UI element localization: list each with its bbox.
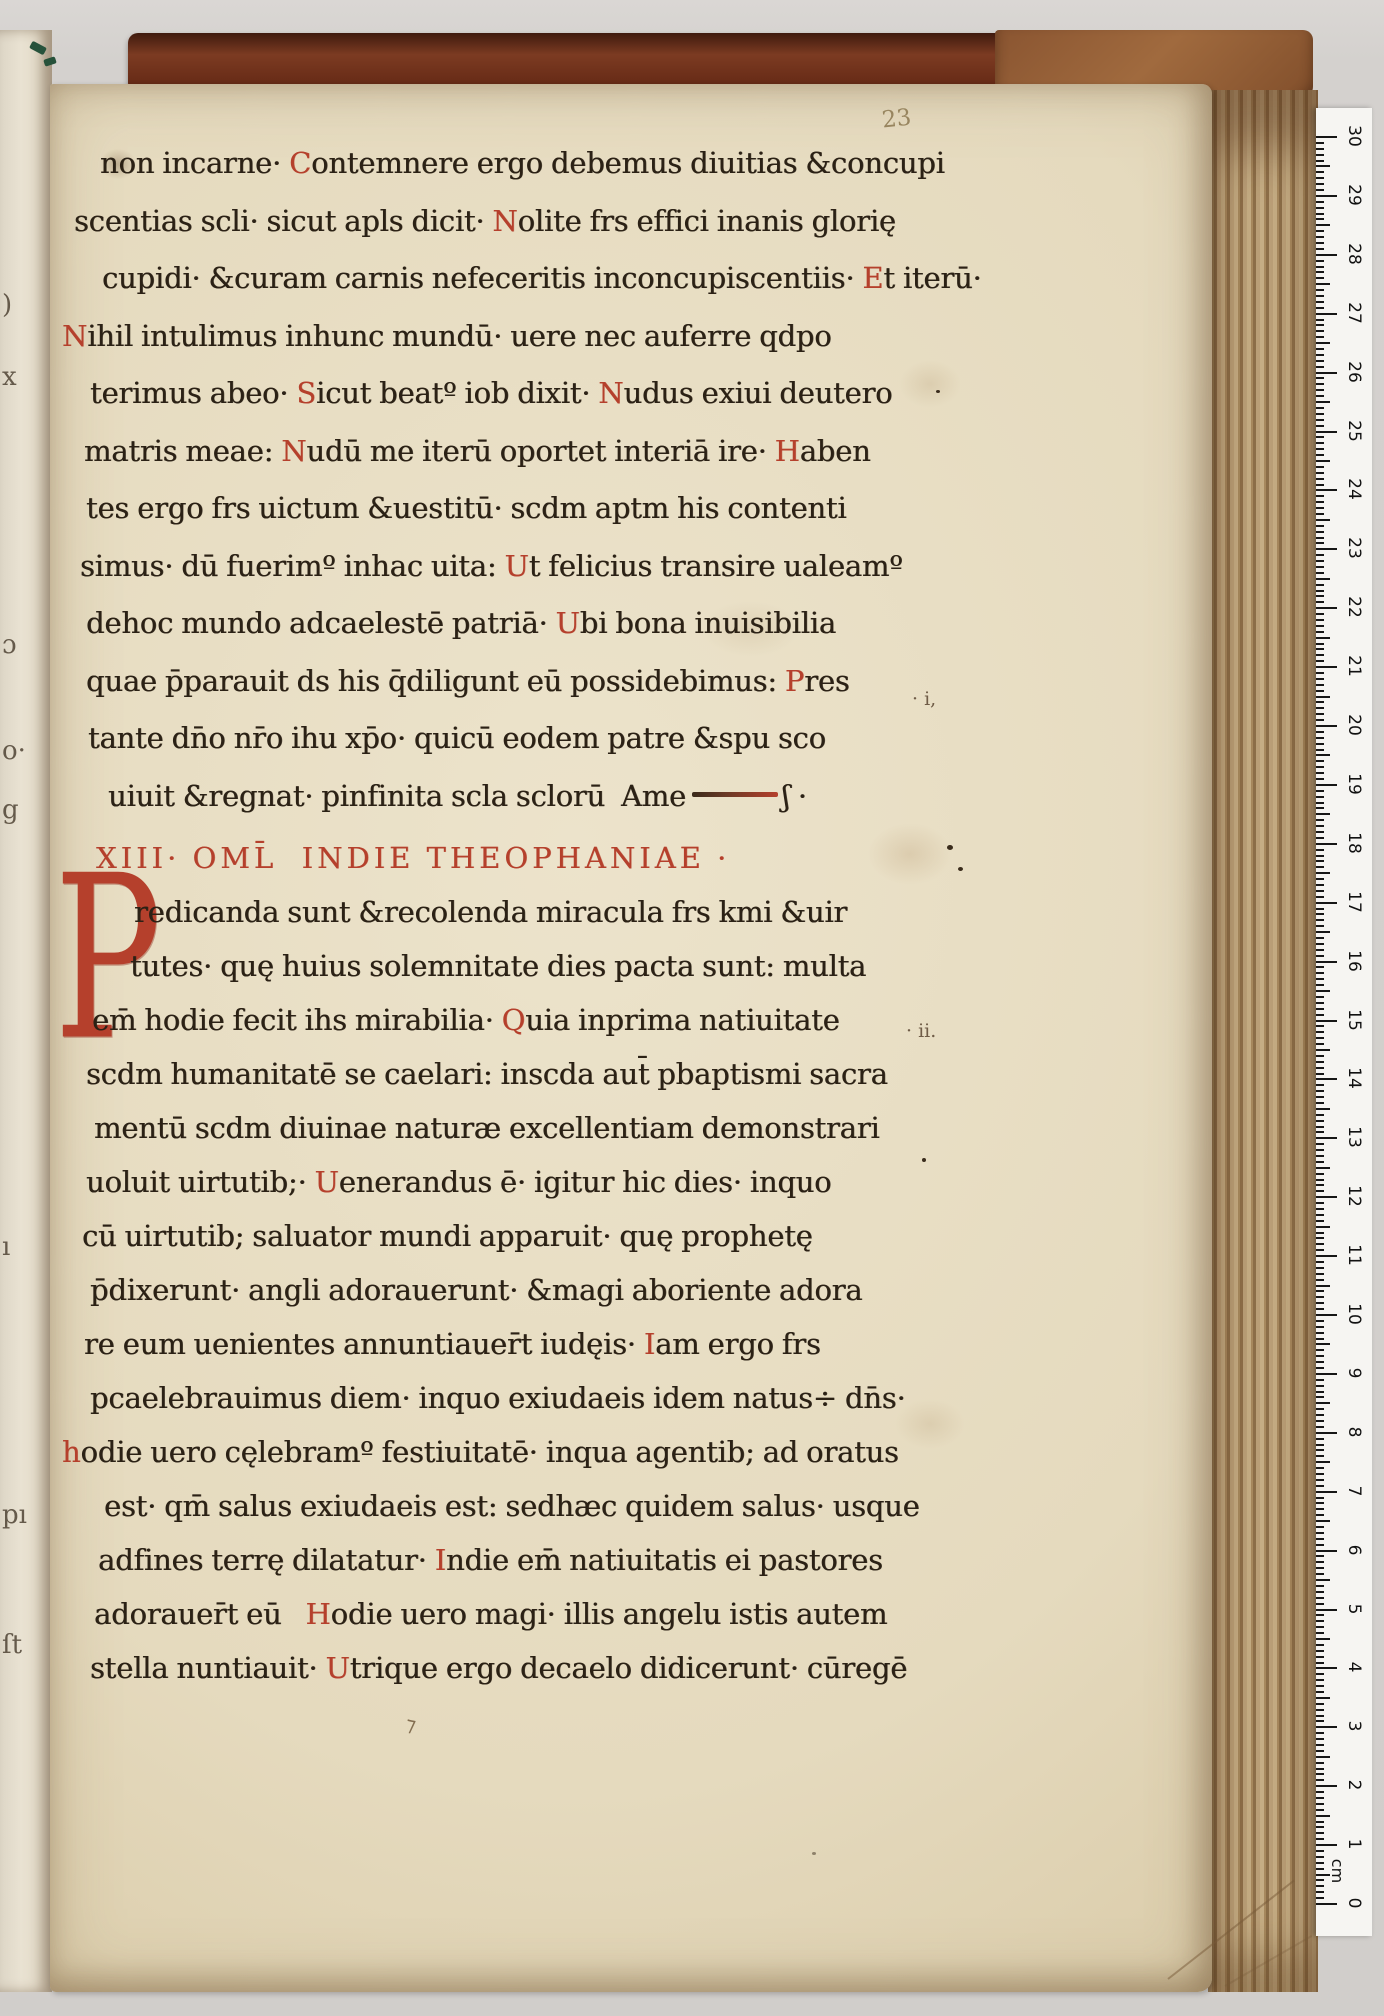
ruler-tick <box>1316 1355 1324 1357</box>
ruler-tick <box>1316 1856 1324 1858</box>
ruler-tick <box>1316 1308 1324 1310</box>
ink-speck <box>922 1158 926 1162</box>
ruler-tick <box>1316 595 1324 597</box>
ruler-tick <box>1316 542 1324 544</box>
ruler-tick <box>1316 831 1324 833</box>
ruler-tick <box>1316 1143 1324 1145</box>
ruler-tick <box>1316 972 1324 974</box>
ruler-tick <box>1316 678 1324 680</box>
ruler-tick <box>1316 1208 1324 1210</box>
ruler-tick <box>1316 254 1337 256</box>
ruler-tick <box>1316 324 1324 326</box>
ruler-tick <box>1316 419 1324 421</box>
ruler-tick <box>1316 1020 1337 1022</box>
ruler-tick <box>1316 1031 1324 1033</box>
ruler-tick <box>1316 230 1324 232</box>
ruler-number: 30 <box>1344 124 1364 148</box>
ruler-number: 19 <box>1344 772 1364 796</box>
ruler-tick <box>1316 1561 1324 1563</box>
ruler-tick <box>1316 560 1324 562</box>
ruler-tick <box>1316 884 1324 886</box>
ruler-tick <box>1316 902 1337 904</box>
ruler-tick <box>1316 519 1330 521</box>
ruler-tick <box>1316 766 1324 768</box>
ruler-tick <box>1316 330 1324 332</box>
ruler-tick <box>1316 207 1324 209</box>
cut-off-letter: g <box>2 795 36 825</box>
ruler-tick <box>1316 1179 1324 1181</box>
ink-speck <box>958 867 963 871</box>
ruler-tick <box>1316 1697 1330 1699</box>
ruler-tick <box>1316 1532 1324 1534</box>
ruler-tick <box>1316 283 1330 285</box>
ruler-tick <box>1316 1879 1324 1881</box>
ruler-tick <box>1316 242 1324 244</box>
ruler-number: 12 <box>1344 1184 1364 1208</box>
ruler-tick <box>1316 1290 1324 1292</box>
cut-off-letter: x <box>2 362 36 392</box>
ruler-tick <box>1316 754 1330 756</box>
ruler-tick <box>1316 442 1324 444</box>
ruler-tick <box>1316 690 1324 692</box>
ruler-number: 3 <box>1344 1714 1364 1738</box>
ruler-tick <box>1316 1349 1324 1351</box>
margin-mark: · i, <box>912 688 936 710</box>
ruler-tick <box>1316 1591 1324 1593</box>
ruler-tick <box>1316 1832 1324 1834</box>
ruler-tick <box>1316 1002 1324 1004</box>
ruler-tick <box>1316 749 1324 751</box>
ruler-tick <box>1316 607 1337 609</box>
ruler-tick <box>1316 613 1324 615</box>
ruler-tick <box>1316 1285 1330 1287</box>
ruler-tick <box>1316 978 1324 980</box>
ruler-tick <box>1316 1726 1337 1728</box>
ruler-tick <box>1316 654 1324 656</box>
ruler-tick <box>1316 855 1324 857</box>
ruler-tick <box>1316 778 1324 780</box>
ruler-tick <box>1316 377 1324 379</box>
ruler-tick <box>1316 1131 1324 1133</box>
ruler-number: 4 <box>1344 1655 1364 1679</box>
ruler-tick <box>1316 1868 1324 1870</box>
ruler-tick <box>1316 1190 1324 1192</box>
ruler-tick <box>1316 1202 1324 1204</box>
ruler-tick <box>1316 548 1337 550</box>
ruler-tick <box>1316 643 1324 645</box>
ruler-tick <box>1316 507 1324 509</box>
ruler-tick <box>1316 1679 1324 1681</box>
ruler-number: 23 <box>1344 536 1364 560</box>
ruler-tick <box>1316 1756 1330 1758</box>
ruler-tick <box>1316 1685 1324 1687</box>
ruler-tick <box>1316 165 1330 167</box>
ruler-number: 22 <box>1344 595 1364 619</box>
ruler-tick <box>1316 1385 1324 1387</box>
ruler-number: 27 <box>1344 301 1364 325</box>
ruler-tick <box>1316 1196 1337 1198</box>
ruler-tick <box>1316 484 1324 486</box>
ruler-tick <box>1316 1597 1324 1599</box>
ruler-tick <box>1316 1408 1324 1410</box>
ruler-tick <box>1316 183 1324 185</box>
ruler-tick <box>1316 937 1324 939</box>
ruler-tick <box>1316 719 1324 721</box>
ruler-tick <box>1316 1361 1324 1363</box>
ruler-tick <box>1316 1573 1324 1575</box>
ruler-tick <box>1316 1797 1324 1799</box>
ruler-tick <box>1316 849 1324 851</box>
ruler-tick <box>1316 537 1324 539</box>
ruler-tick <box>1316 407 1324 409</box>
ink-speck <box>812 1852 816 1855</box>
ruler-tick <box>1316 1785 1337 1787</box>
ruler-tick <box>1316 1744 1324 1746</box>
cut-off-letter: ı <box>2 1232 36 1262</box>
ruler-tick <box>1316 672 1324 674</box>
ruler-tick <box>1316 177 1324 179</box>
page-stack-fore-edge <box>1208 90 1318 1992</box>
ruler-tick <box>1316 731 1324 733</box>
ruler-number: 9 <box>1344 1361 1364 1385</box>
ruler-tick <box>1316 1479 1324 1481</box>
ruler-tick <box>1316 1514 1324 1516</box>
ruler-number: 17 <box>1344 890 1364 914</box>
ruler-unit-label: cm <box>1328 1856 1346 1886</box>
manuscript-photograph: )xɔo·gıpıſt 23 P non incarne· Contemnere… <box>0 0 1384 2016</box>
ruler-tick <box>1316 1673 1324 1675</box>
ruler-tick <box>1316 1603 1324 1605</box>
measurement-ruler: 0123456789101112131415161718192021222324… <box>1316 108 1373 1936</box>
ruler-tick <box>1316 1656 1324 1658</box>
ruler-tick <box>1316 1644 1324 1646</box>
ruler-tick <box>1316 1061 1324 1063</box>
ruler-tick <box>1316 660 1324 662</box>
ruler-tick <box>1316 1821 1324 1823</box>
ruler-tick <box>1316 1173 1324 1175</box>
ruler-tick <box>1316 896 1324 898</box>
ruler-tick <box>1316 1108 1330 1110</box>
ruler-tick <box>1316 772 1324 774</box>
ruler-tick <box>1316 878 1324 880</box>
ruler-tick <box>1316 425 1324 427</box>
ruler-tick <box>1316 1049 1330 1051</box>
ruler-tick <box>1316 1155 1324 1157</box>
ruler-tick <box>1316 866 1324 868</box>
ruler-tick <box>1316 466 1324 468</box>
cut-off-letter: ſt <box>2 1630 36 1660</box>
ruler-tick <box>1316 1237 1324 1239</box>
ruler-number: 8 <box>1344 1420 1364 1444</box>
ruler-tick <box>1316 372 1337 374</box>
ruler-tick <box>1316 307 1324 309</box>
ruler-tick <box>1316 1449 1324 1451</box>
ruler-tick <box>1316 1609 1337 1611</box>
ruler-tick <box>1316 1184 1324 1186</box>
ruler-tick <box>1316 1891 1324 1893</box>
ruler-tick <box>1316 1567 1324 1569</box>
ruler-tick <box>1316 1114 1324 1116</box>
ruler-tick <box>1316 1791 1324 1793</box>
ruler-tick <box>1316 984 1324 986</box>
ruler-tick <box>1316 354 1324 356</box>
ruler-tick <box>1316 949 1324 951</box>
ruler-tick <box>1316 684 1324 686</box>
ruler-tick <box>1316 295 1324 297</box>
ruler-tick <box>1316 1715 1324 1717</box>
ruler-tick <box>1316 1467 1324 1469</box>
ruler-tick <box>1316 1043 1324 1045</box>
ruler-tick <box>1316 1638 1330 1640</box>
ruler-tick <box>1316 236 1324 238</box>
ruler-tick <box>1316 1302 1324 1304</box>
ruler-tick <box>1316 725 1337 727</box>
ruler-tick <box>1316 1320 1324 1322</box>
ruler-tick <box>1316 1903 1337 1905</box>
ruler-tick <box>1316 1579 1330 1581</box>
ruler-tick <box>1316 913 1324 915</box>
ruler-tick <box>1316 1632 1324 1634</box>
ruler-tick <box>1316 1037 1324 1039</box>
ruler-tick <box>1316 1838 1324 1840</box>
ruler-number: 25 <box>1344 419 1364 443</box>
ruler-tick <box>1316 1120 1324 1122</box>
ruler-tick <box>1316 1502 1324 1504</box>
ruler-tick <box>1316 955 1324 957</box>
ruler-tick <box>1316 961 1337 963</box>
ruler-tick <box>1316 1473 1324 1475</box>
ruler-tick <box>1316 1090 1324 1092</box>
ruler-tick <box>1316 1402 1330 1404</box>
ruler-tick <box>1316 277 1324 279</box>
ruler-tick <box>1316 1073 1324 1075</box>
ruler-tick <box>1316 601 1324 603</box>
ruler-tick <box>1316 448 1324 450</box>
ruler-tick <box>1316 813 1330 815</box>
ruler-tick <box>1316 1296 1324 1298</box>
ruler-tick <box>1316 1078 1337 1080</box>
ruler-tick <box>1316 1220 1324 1222</box>
ruler-number: 10 <box>1344 1302 1364 1326</box>
ruler-tick <box>1316 1249 1324 1251</box>
ruler-tick <box>1316 1720 1324 1722</box>
manuscript-page <box>50 84 1212 1992</box>
ruler-tick <box>1316 825 1324 827</box>
ruler-tick <box>1316 1096 1324 1098</box>
ruler-tick <box>1316 1332 1324 1334</box>
ruler-number: 13 <box>1344 1125 1364 1149</box>
ruler-tick <box>1316 1391 1324 1393</box>
ruler-tick <box>1316 666 1337 668</box>
ruler-tick <box>1316 489 1337 491</box>
ruler-tick <box>1316 908 1324 910</box>
ruler-tick <box>1316 201 1324 203</box>
ruler-number: 28 <box>1344 242 1364 266</box>
ruler-tick <box>1316 1550 1337 1552</box>
ruler-tick <box>1316 154 1324 156</box>
ruler-number: 1 <box>1344 1832 1364 1856</box>
ruler-tick <box>1316 1662 1324 1664</box>
ruler-tick <box>1316 1738 1324 1740</box>
ruler-tick <box>1316 224 1330 226</box>
ruler-tick <box>1316 1809 1324 1811</box>
ruler-number: 5 <box>1344 1597 1364 1621</box>
ruler-tick <box>1316 1438 1324 1440</box>
ruler-tick <box>1316 590 1324 592</box>
ruler-tick <box>1316 637 1330 639</box>
ruler-tick <box>1316 383 1324 385</box>
folio-number: 23 <box>881 105 913 134</box>
ruler-tick <box>1316 1508 1324 1510</box>
ruler-tick <box>1316 872 1330 874</box>
ruler-tick <box>1316 389 1324 391</box>
ruler-tick <box>1316 1426 1324 1428</box>
ruler-tick <box>1316 360 1324 362</box>
ruler-number: 14 <box>1344 1066 1364 1090</box>
ruler-tick <box>1316 796 1324 798</box>
ruler-tick <box>1316 1367 1324 1369</box>
ruler-tick <box>1316 148 1324 150</box>
ruler-tick <box>1316 1732 1324 1734</box>
ruler-tick <box>1316 1885 1324 1887</box>
ruler-tick <box>1316 1626 1324 1628</box>
ruler-tick <box>1316 1161 1324 1163</box>
ruler-tick <box>1316 1750 1324 1752</box>
ruler-tick <box>1316 313 1337 315</box>
ruler-tick <box>1316 478 1324 480</box>
ruler-tick <box>1316 760 1324 762</box>
ruler-tick <box>1316 1273 1324 1275</box>
ruler-tick <box>1316 1850 1324 1852</box>
ruler-tick <box>1316 807 1324 809</box>
ruler-tick <box>1316 1084 1324 1086</box>
ruler-tick <box>1316 1261 1324 1263</box>
ruler-tick <box>1316 248 1324 250</box>
ruler-tick <box>1316 1555 1324 1557</box>
ruler-number: 7 <box>1344 1479 1364 1503</box>
ink-speck <box>936 390 940 393</box>
ruler-tick <box>1316 1055 1324 1057</box>
ruler-tick <box>1316 1008 1324 1010</box>
ruler-tick <box>1316 366 1324 368</box>
ruler-tick <box>1316 966 1324 968</box>
cut-off-letter: o· <box>2 736 36 766</box>
ruler-tick <box>1316 1373 1337 1375</box>
ruler-tick <box>1316 990 1330 992</box>
ruler-tick <box>1316 890 1324 892</box>
ruler-tick <box>1316 171 1324 173</box>
cut-off-letter: ) <box>2 290 36 320</box>
ruler-tick <box>1316 1414 1324 1416</box>
ruler-number: 21 <box>1344 654 1364 678</box>
ruler-tick <box>1316 160 1324 162</box>
ruler-tick <box>1316 1444 1324 1446</box>
ruler-tick <box>1316 266 1324 268</box>
ruler-tick <box>1316 189 1324 191</box>
ruler-tick <box>1316 501 1324 503</box>
ruler-tick <box>1316 572 1324 574</box>
ruler-tick <box>1316 1762 1324 1764</box>
ruler-tick <box>1316 1691 1324 1693</box>
ruler-number: 16 <box>1344 949 1364 973</box>
ruler-tick <box>1316 1779 1324 1781</box>
ruler-tick <box>1316 525 1324 527</box>
ruler-tick <box>1316 289 1324 291</box>
ruler-tick <box>1316 802 1324 804</box>
ruler-tick <box>1316 454 1324 456</box>
ruler-tick <box>1316 436 1324 438</box>
ruler-number: 15 <box>1344 1008 1364 1032</box>
ruler-tick <box>1316 919 1324 921</box>
ruler-tick <box>1316 336 1324 338</box>
ruler-tick <box>1316 737 1324 739</box>
ruler-tick <box>1316 1214 1324 1216</box>
ruler-tick <box>1316 860 1324 862</box>
ruler-tick <box>1316 1149 1324 1151</box>
cut-off-letter: pı <box>2 1500 36 1530</box>
ruler-tick <box>1316 319 1324 321</box>
ruler-tick <box>1316 1314 1337 1316</box>
ruler-tick <box>1316 460 1330 462</box>
ruler-tick <box>1316 1768 1324 1770</box>
ruler-tick <box>1316 696 1330 698</box>
ruler-tick <box>1316 1025 1324 1027</box>
ruler-tick <box>1316 1585 1324 1587</box>
ruler-tick <box>1316 1137 1337 1139</box>
ruler-tick <box>1316 1862 1324 1864</box>
ruler-tick <box>1316 1650 1324 1652</box>
ruler-tick <box>1316 566 1324 568</box>
ruler-tick <box>1316 1520 1330 1522</box>
ruler-tick <box>1316 1497 1324 1499</box>
ruler-tick <box>1316 1279 1324 1281</box>
ruler-number: 26 <box>1344 360 1364 384</box>
ruler-tick <box>1316 843 1337 845</box>
ruler-number: 29 <box>1344 183 1364 207</box>
facing-page-edge: )xɔo·gıpıſt <box>0 30 52 1992</box>
ruler-tick <box>1316 195 1337 197</box>
ruler-tick <box>1316 1815 1330 1817</box>
ruler-tick <box>1316 743 1324 745</box>
ruler-tick <box>1316 1667 1337 1669</box>
ruler-tick <box>1316 431 1337 433</box>
ruler-tick <box>1316 142 1324 144</box>
ruler-tick <box>1316 837 1324 839</box>
ruler-tick <box>1316 1232 1324 1234</box>
ruler-number: 24 <box>1344 477 1364 501</box>
ruler-tick <box>1316 1226 1330 1228</box>
ruler-tick <box>1316 218 1324 220</box>
ruler-tick <box>1316 631 1324 633</box>
ruler-number: 11 <box>1344 1243 1364 1267</box>
ruler-tick <box>1316 1338 1324 1340</box>
initial-letter-P: P <box>54 846 162 1072</box>
ruler-tick <box>1316 1420 1324 1422</box>
ruler-tick <box>1316 213 1324 215</box>
ruler-tick <box>1316 1491 1337 1493</box>
ruler-tick <box>1316 136 1337 138</box>
ruler-tick <box>1316 707 1324 709</box>
ruler-tick <box>1316 260 1324 262</box>
ruler-tick <box>1316 413 1324 415</box>
ruler-tick <box>1316 625 1324 627</box>
ruler-tick <box>1316 1538 1324 1540</box>
ruler-tick <box>1316 1067 1324 1069</box>
ruler-tick <box>1316 1243 1324 1245</box>
ruler-tick <box>1316 1461 1330 1463</box>
ruler-tick <box>1316 1485 1324 1487</box>
ruler-tick <box>1316 713 1324 715</box>
